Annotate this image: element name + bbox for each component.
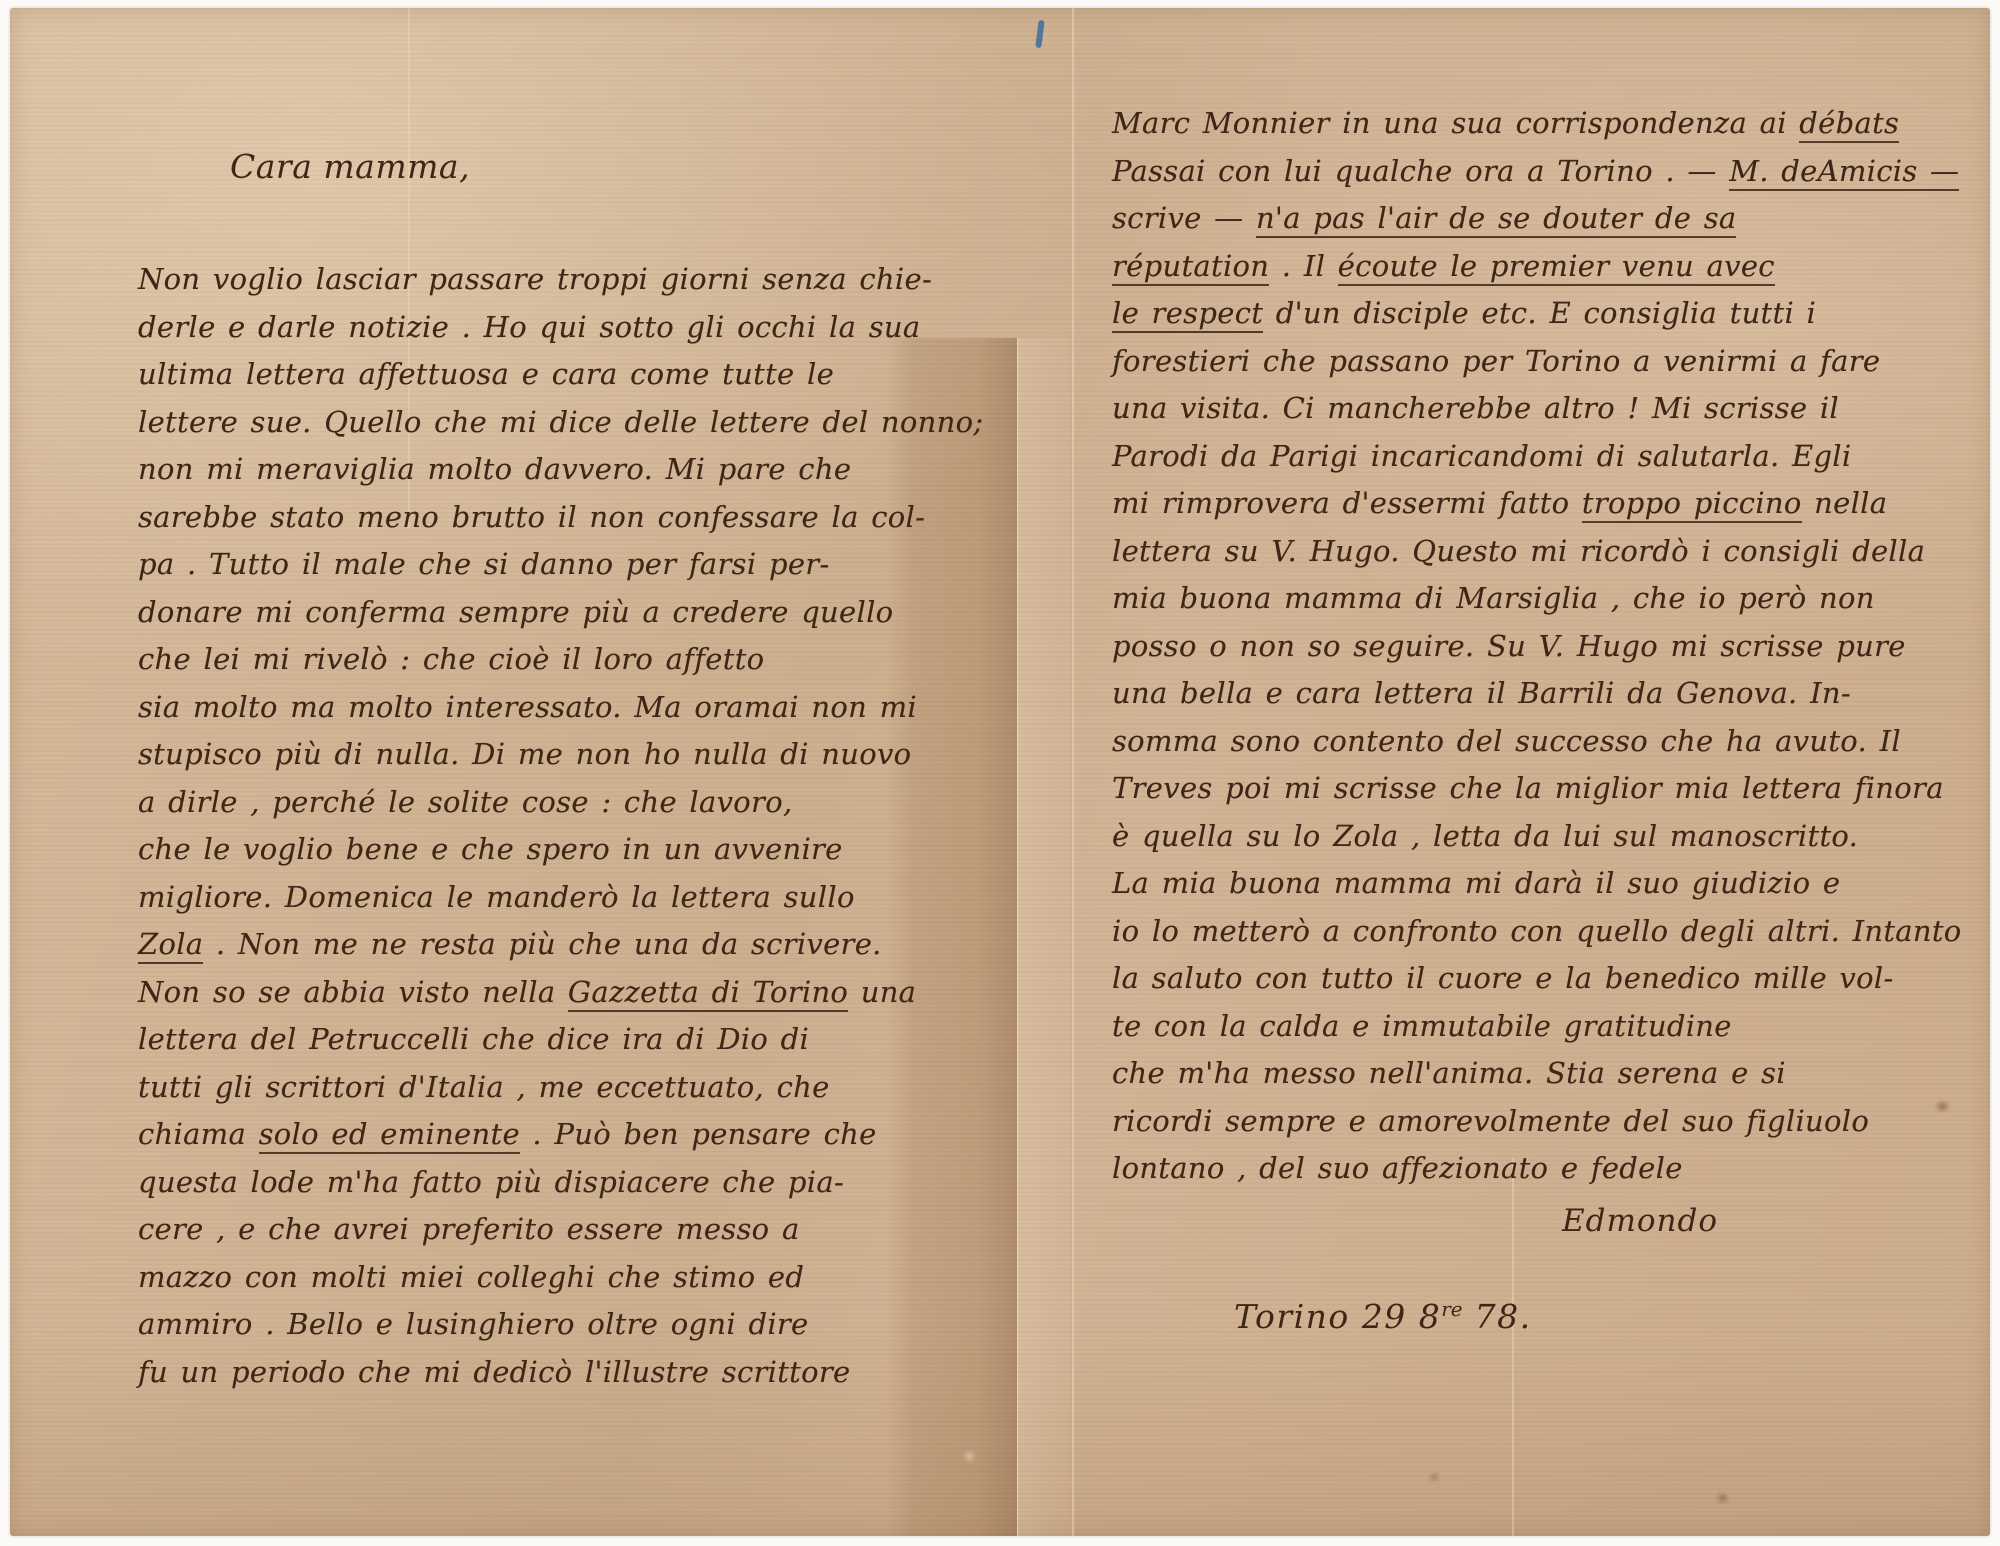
letter-line: posso o non so seguire. Su V. Hugo mi sc… xyxy=(1112,623,1990,671)
letter-line-segment: somma sono contento del successo che ha … xyxy=(1112,724,1901,758)
letter-line: derle e darle notizie . Ho qui sotto gli… xyxy=(138,304,1033,352)
letter-line: mazzo con molti miei colleghi che stimo … xyxy=(138,1254,1033,1302)
letter-line: fu un periodo che mi dedicò l'illustre s… xyxy=(138,1349,1033,1397)
letter-line: te con la calda e immutabile gratitudine xyxy=(1112,1003,1990,1051)
letter-line-segment: mia buona mamma di Marsiglia , che io pe… xyxy=(1112,581,1875,615)
letter-line: non mi meraviglia molto davvero. Mi pare… xyxy=(138,446,1033,494)
letter-line: una visita. Ci mancherebbe altro ! Mi sc… xyxy=(1112,385,1990,433)
stain-spot xyxy=(1431,1474,1438,1480)
letter-line: forestieri che passano per Torino a veni… xyxy=(1112,338,1990,386)
letter-line-segment: una xyxy=(848,975,916,1009)
letter-line: questa lode m'ha fatto più dispiacere ch… xyxy=(138,1159,1033,1207)
letter-line-segment: che le voglio bene e che spero in un avv… xyxy=(138,832,843,866)
letter-line: Non voglio lasciar passare troppi giorni… xyxy=(138,256,1033,304)
letter-line-segment: fu un periodo che mi dedicò l'illustre s… xyxy=(138,1355,851,1389)
underlined-phrase: écoute le premier venu avec xyxy=(1338,249,1775,286)
letter-line: lettera su V. Hugo. Questo mi ricordò i … xyxy=(1112,528,1990,576)
underlined-phrase: débats xyxy=(1799,106,1899,143)
letter-line: Parodi da Parigi incaricandomi di saluta… xyxy=(1112,433,1990,481)
underlined-phrase: M. deAmicis — xyxy=(1729,154,1959,191)
dateline-superscript: re xyxy=(1441,1297,1462,1321)
letter-line: lontano , del suo affezionato e fedele xyxy=(1112,1145,1990,1193)
stain-spot xyxy=(1718,1494,1727,1502)
letter-line-segment: mazzo con molti miei colleghi che stimo … xyxy=(138,1260,804,1294)
letter-line: cere , e che avrei preferito essere mess… xyxy=(138,1206,1033,1254)
letter-line-segment: a dirle , perché le solite cose : che la… xyxy=(138,785,792,819)
letter-line: sia molto ma molto interessato. Ma orama… xyxy=(138,684,1033,732)
letter-line-segment: una visita. Ci mancherebbe altro ! Mi sc… xyxy=(1112,391,1839,425)
dateline-prefix: Torino 29 8 xyxy=(1234,1297,1441,1336)
dateline-suffix: 78. xyxy=(1463,1297,1532,1336)
letter-line-segment: posso o non so seguire. Su V. Hugo mi sc… xyxy=(1112,629,1906,663)
letter-line-segment: che lei mi rivelò : che cioè il loro aff… xyxy=(138,642,764,676)
letter-line-segment: . Può ben pensare che xyxy=(520,1117,877,1151)
letter-line-segment: tutti gli scrittori d'Italia , me eccett… xyxy=(138,1070,830,1104)
underlined-phrase: réputation xyxy=(1112,249,1269,286)
letter-line-segment: Passai con lui qualche ora a Torino . — xyxy=(1112,154,1729,188)
letter-line-segment: stupisco più di nulla. Di me non ho null… xyxy=(138,737,911,771)
letter-sheet: Cara mamma, Non voglio lasciar passare t… xyxy=(10,8,1990,1536)
letter-line-segment: te con la calda e immutabile gratitudine xyxy=(1112,1009,1732,1043)
underlined-phrase: le respect xyxy=(1112,296,1263,333)
letter-line-segment: sarebbe stato meno brutto il non confess… xyxy=(138,500,925,534)
signature: Edmondo xyxy=(1112,1203,1990,1239)
underlined-phrase: Gazzetta di Torino xyxy=(568,975,848,1012)
blue-ink-mark xyxy=(1035,20,1044,49)
letter-line-segment: lettera su V. Hugo. Questo mi ricordò i … xyxy=(1112,534,1925,568)
letter-line: mi rimprovera d'essermi fatto troppo pic… xyxy=(1112,480,1990,528)
letter-line-segment: Parodi da Parigi incaricandomi di saluta… xyxy=(1112,439,1851,473)
letter-line: chiama solo ed eminente . Può ben pensar… xyxy=(138,1111,1033,1159)
letter-line: Zola . Non me ne resta più che una da sc… xyxy=(138,921,1033,969)
letter-line: scrive — n'a pas l'air de se douter de s… xyxy=(1112,195,1990,243)
letter-line: mia buona mamma di Marsiglia , che io pe… xyxy=(1112,575,1990,623)
dateline: Torino 29 8re 78. xyxy=(1234,1297,1990,1336)
underlined-phrase: troppo piccino xyxy=(1582,486,1802,523)
letter-line: la saluto con tutto il cuore e la benedi… xyxy=(1112,955,1990,1003)
letter-line-segment: cere , e che avrei preferito essere mess… xyxy=(138,1212,800,1246)
letter-line: è quella su lo Zola , letta da lui sul m… xyxy=(1112,813,1990,861)
letter-line: donare mi conferma sempre più a credere … xyxy=(138,589,1033,637)
letter-line: ultima lettera affettuosa e cara come tu… xyxy=(138,351,1033,399)
letter-line: che lei mi rivelò : che cioè il loro aff… xyxy=(138,636,1033,684)
letter-line: lettera del Petruccelli che dice ira di … xyxy=(138,1016,1033,1064)
letter-line-segment: ricordi sempre e amorevolmente del suo f… xyxy=(1112,1104,1869,1138)
letter-line: Marc Monnier in una sua corrispondenza a… xyxy=(1112,100,1990,148)
letter-line: che le voglio bene e che spero in un avv… xyxy=(138,826,1033,874)
stain-spot xyxy=(965,1452,974,1461)
letter-line: Non so se abbia visto nella Gazzetta di … xyxy=(138,969,1033,1017)
letter-line-segment: questa lode m'ha fatto più dispiacere ch… xyxy=(138,1165,844,1199)
letter-line-segment: è quella su lo Zola , letta da lui sul m… xyxy=(1112,819,1858,853)
letter-line: una bella e cara lettera il Barrili da G… xyxy=(1112,670,1990,718)
letter-line: ricordi sempre e amorevolmente del suo f… xyxy=(1112,1098,1990,1146)
letter-line-segment: . Il xyxy=(1269,249,1337,283)
letter-line-segment: sia molto ma molto interessato. Ma orama… xyxy=(138,690,917,724)
letter-line-segment: mi rimprovera d'essermi fatto xyxy=(1112,486,1582,520)
letter-line: tutti gli scrittori d'Italia , me eccett… xyxy=(138,1064,1033,1112)
right-page-text: Marc Monnier in una sua corrispondenza a… xyxy=(1112,100,1990,1193)
underlined-phrase: Zola xyxy=(138,927,203,964)
letter-line: le respect d'un disciple etc. E consigli… xyxy=(1112,290,1990,338)
scanned-letter-image: { "colors":{ "paper":"#cfb292", "paper_l… xyxy=(0,0,2000,1546)
letter-line: sarebbe stato meno brutto il non confess… xyxy=(138,494,1033,542)
letter-line-segment: lontano , del suo affezionato e fedele xyxy=(1112,1151,1683,1185)
letter-line-segment: forestieri che passano per Torino a veni… xyxy=(1112,344,1880,378)
letter-line: a dirle , perché le solite cose : che la… xyxy=(138,779,1033,827)
page-right: Marc Monnier in una sua corrispondenza a… xyxy=(1112,100,1990,1336)
letter-line-segment: la saluto con tutto il cuore e la benedi… xyxy=(1112,961,1894,995)
letter-line-segment: lettere sue. Quello che mi dice delle le… xyxy=(138,405,983,439)
letter-line: pa . Tutto il male che si danno per fars… xyxy=(138,541,1033,589)
letter-line-segment: . Non me ne resta più che una da scriver… xyxy=(203,927,881,961)
letter-line: somma sono contento del successo che ha … xyxy=(1112,718,1990,766)
left-page-text: Non voglio lasciar passare troppi giorni… xyxy=(138,256,1033,1396)
letter-line-segment: una bella e cara lettera il Barrili da G… xyxy=(1112,676,1851,710)
letter-line-segment: La mia buona mamma mi darà il suo giudiz… xyxy=(1112,866,1840,900)
letter-line: réputation . Il écoute le premier venu a… xyxy=(1112,243,1990,291)
page-left: Cara mamma, Non voglio lasciar passare t… xyxy=(138,146,1033,1396)
letter-line: che m'ha messo nell'anima. Stia serena e… xyxy=(1112,1050,1990,1098)
letter-line-segment: Non so se abbia visto nella xyxy=(138,975,568,1009)
letter-line-segment: che m'ha messo nell'anima. Stia serena e… xyxy=(1112,1056,1786,1090)
letter-line: migliore. Domenica le manderò la lettera… xyxy=(138,874,1033,922)
letter-line: io lo metterò a confronto con quello deg… xyxy=(1112,908,1990,956)
letter-line-segment: lettera del Petruccelli che dice ira di … xyxy=(138,1022,809,1056)
letter-line-segment: Treves poi mi scrisse che la miglior mia… xyxy=(1112,771,1944,805)
letter-line: ammiro . Bello e lusinghiero oltre ogni … xyxy=(138,1301,1033,1349)
letter-line: lettere sue. Quello che mi dice delle le… xyxy=(138,399,1033,447)
letter-line-segment: donare mi conferma sempre più a credere … xyxy=(138,595,893,629)
letter-line-segment: chiama xyxy=(138,1117,259,1151)
salutation: Cara mamma, xyxy=(230,146,1033,188)
letter-line-segment: scrive — xyxy=(1112,201,1256,235)
letter-line-segment: non mi meraviglia molto davvero. Mi pare… xyxy=(138,452,851,486)
underlined-phrase: n'a pas l'air de se douter de sa xyxy=(1256,201,1737,238)
letter-line-segment: pa . Tutto il male che si danno per fars… xyxy=(138,547,830,581)
letter-line: Passai con lui qualche ora a Torino . — … xyxy=(1112,148,1990,196)
letter-line-segment: migliore. Domenica le manderò la lettera… xyxy=(138,880,855,914)
center-fold-line xyxy=(1071,8,1075,1536)
letter-line-segment: io lo metterò a confronto con quello deg… xyxy=(1112,914,1962,948)
letter-line: La mia buona mamma mi darà il suo giudiz… xyxy=(1112,860,1990,908)
letter-line-segment: Non voglio lasciar passare troppi giorni… xyxy=(138,262,932,296)
letter-line-segment: ultima lettera affettuosa e cara come tu… xyxy=(138,357,834,391)
letter-line-segment: Marc Monnier in una sua corrispondenza a… xyxy=(1112,106,1799,140)
letter-line-segment: derle e darle notizie . Ho qui sotto gli… xyxy=(138,310,920,344)
underlined-phrase: solo ed eminente xyxy=(259,1117,520,1154)
letter-line-segment: ammiro . Bello e lusinghiero oltre ogni … xyxy=(138,1307,809,1341)
letter-line-segment: d'un disciple etc. E consiglia tutti i xyxy=(1263,296,1816,330)
letter-line-segment: nella xyxy=(1802,486,1888,520)
letter-line: stupisco più di nulla. Di me non ho null… xyxy=(138,731,1033,779)
letter-line: Treves poi mi scrisse che la miglior mia… xyxy=(1112,765,1990,813)
